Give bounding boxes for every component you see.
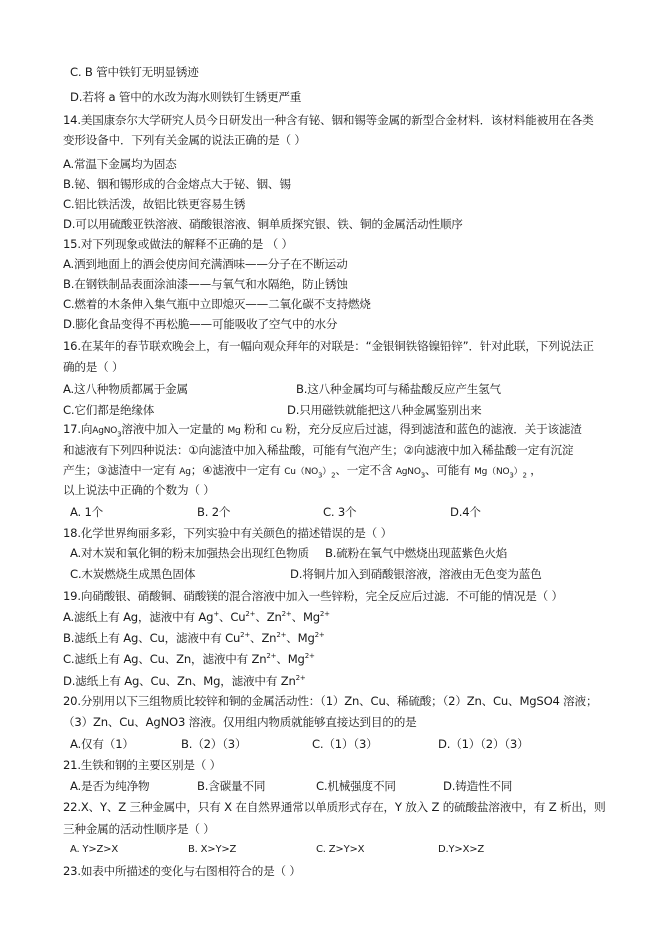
q17-stem-line1: 17.向AgNO3溶液中加入一定量的 Mg 粉和 Cu 粉，充分反应后过滤，得到… (63, 422, 582, 438)
q21-option-a: A.是否为纯净物 (70, 779, 149, 793)
q19-stem: 19.向硝酸银、硝酸铜、硝酸镁的混合溶液中加入一些锌粉，完全反应后过滤．不可能的… (63, 589, 563, 603)
q17-formula-agno3: AgNO (396, 467, 421, 477)
q17-option-c: C. 3个 (323, 505, 356, 519)
q15-option-a: A.洒到地面上的酒会使房间充满酒味——分子在不断运动 (63, 257, 347, 271)
q18-option-c: C.木炭燃烧生成黑色固体 (70, 567, 195, 581)
q14-option-b: B.铋、铟和锡形成的合金熔点大于铋、铟、锡 (63, 177, 291, 191)
ion: 、Mg (292, 610, 320, 624)
q19-option-c: C.滤纸上有 Ag、Cu、Zn，滤液中有 Zn2+、Mg2+ (63, 652, 315, 666)
q20-stem-line1: 20.分别用以下三组物质比较锌和铜的金属活动性：（1）Zn、Cu、稀硫酸；（2）… (63, 694, 597, 708)
q20-option-b: B.（2）（3） (181, 737, 246, 751)
q18-option-d: D.将铜片加入到硝酸银溶液，溶液由无色变为蓝色 (290, 567, 541, 581)
q18-stem: 18.化学世界绚丽多彩，下列实验中有关颜色的描述错误的是（ ） (63, 526, 392, 540)
q22-stem-line1: 22.X、Y、Z 三种金属中，只有 X 在自然界通常以单质形式存在，Y 放入 Z… (63, 800, 606, 814)
q14-option-d: D.可以用硫酸亚铁溶液、硝酸银溶液、铜单质探究银、铁、铜的金属活动性顺序 (63, 217, 463, 231)
q15-option-b: B.在钢铁制品表面涂油漆——与氧气和水隔绝，防止锈蚀 (63, 277, 348, 291)
superscript: 2+ (276, 631, 286, 639)
q19-option-b-text: B.滤纸上有 Ag、Cu，滤液中有 Cu (63, 631, 240, 645)
q16-option-b: B.这八种金属均可与稀盐酸反应产生氢气 (296, 382, 501, 396)
ion: 、Zn (250, 631, 276, 645)
q18-option-a: A.对木炭和氧化铜的粉末加强热会出现红色物质 (70, 546, 309, 560)
q17-text: 、可能有 (425, 463, 471, 477)
superscript: 2+ (240, 631, 250, 639)
q22-option-a: A. Y>Z>X (70, 843, 118, 857)
q17-text: 粉和 (244, 422, 267, 436)
q17-stem-line2: 和滤液有下列四种说法：①向滤渣中加入稀盐酸，可能有气泡产生；②向滤液中加入稀盐酸… (63, 443, 573, 457)
q17-formula-agno3: AgNO (92, 426, 117, 436)
q17-option-d: D.4个 (450, 505, 481, 519)
ion: 、Cu (219, 610, 245, 624)
q17-text: 粉，充分反应后过滤，得到滤渣和蓝色的滤液．关于该滤渣 (285, 422, 581, 436)
q19-option-a: A.滤纸上有 Ag，滤液中有 Ag+、Cu2+、Zn2+、Mg2+ (63, 610, 330, 624)
q19-option-d-text: D.滤纸上有 Ag、Cu、Zn、Mg，滤液中有 Zn (63, 674, 296, 688)
q15-stem: 15.对下列现象或做法的解释不正确的是 （ ） (63, 237, 293, 251)
q17-text: 溶液中加入一定量的 (121, 422, 224, 436)
superscript: 2+ (245, 610, 255, 618)
q15-option-c: C.燃着的木条伸入集气瓶中立即熄灭——二氧化碳不支持燃烧 (63, 297, 371, 311)
q17-text: ；④滤液中一定有 (191, 463, 281, 477)
q17-stem-line3: 产生；③滤渣中一定有 Ag；④滤液中一定有 Cu（NO3）2、一定不含 AgNO… (63, 463, 542, 479)
q17-formula-ag: Ag (179, 467, 190, 477)
q19-option-b: B.滤纸上有 Ag、Cu，滤液中有 Cu2+、Zn2+、Mg2+ (63, 631, 325, 645)
q21-option-c: C.机械强度不同 (316, 779, 396, 793)
q23-stem: 23.如表中所描述的变化与右图相符合的是（ ） (63, 864, 301, 878)
q19-option-a-text: A.滤纸上有 Ag，滤液中有 Ag (63, 610, 213, 624)
q16-stem-line2: 确的是（ ） (63, 360, 123, 374)
q21-option-b: B.含碳量不同 (197, 779, 265, 793)
q20-option-d: D.（1）（2）（3） (438, 737, 529, 751)
q16-option-d: D.只用磁铁就能把这八种金属鉴别出来 (287, 403, 482, 417)
q17-text: ） (322, 467, 331, 477)
q20-option-c: C.（1）（3） (312, 737, 378, 751)
q17-formula-cu: Cu (270, 426, 282, 436)
q22-option-b: B. X>Y>Z (188, 843, 236, 857)
q14-stem-line1: 14.美国康奈尔大学研究人员今日研发出一种含有铋、铟和锡等金属的新型合金材料．该… (63, 113, 594, 127)
ion: 、Zn (255, 610, 281, 624)
ion: 、Mg (276, 652, 304, 666)
q17-option-a: A. 1个 (70, 505, 103, 519)
superscript: 2+ (266, 652, 276, 660)
q17-text: 17.向 (63, 422, 92, 436)
q13-option-c: C. B 管中铁钉无明显锈迹 (70, 65, 199, 79)
q22-option-d: D.Y>X>Z (438, 843, 484, 857)
q14-stem-line2: 变形设备中．下列有关金属的说法正确的是（ ） (63, 133, 306, 147)
superscript: 2+ (296, 674, 306, 682)
q17-formula-cuno3: Cu（NO (284, 467, 318, 477)
q19-option-c-text: C.滤纸上有 Ag、Cu、Zn，滤液中有 Zn (63, 652, 266, 666)
q16-option-a: A.这八种物质都属于金属 (63, 382, 188, 396)
q16-stem-line1: 16.在某年的春节联欢晚会上，有一幅向观众拜年的对联是：“金银铜铁铬镍铅锌”．针… (63, 339, 594, 353)
q18-option-b: B.硫粉在氧气中燃烧出现蓝紫色火焰 (325, 546, 507, 560)
q13-option-d: D.若将 a 管中的水改为海水则铁钉生锈更严重 (70, 90, 301, 104)
q19-option-d: D.滤纸上有 Ag、Cu、Zn、Mg，滤液中有 Zn2+ (63, 674, 306, 688)
q17-option-b: B. 2个 (197, 505, 230, 519)
q17-formula-mgno3: Mg（NO (474, 467, 509, 477)
q17-text: 、一定不含 (335, 463, 392, 477)
q21-option-d: D.铸造性不同 (443, 779, 512, 793)
ion: 、Mg (286, 631, 314, 645)
superscript: 2+ (282, 610, 292, 618)
q17-text: ， (527, 463, 542, 477)
q16-option-c: C.它们都是绝缘体 (63, 403, 154, 417)
q22-option-c: C. Z>Y>X (316, 843, 364, 857)
q15-option-d: D.膨化食品变得不再松脆——可能吸收了空气中的水分 (63, 317, 337, 331)
q20-stem-line2: （3）Zn、Cu、AgNO3 溶液。仅用组内物质就能够直接达到目的的是 (63, 715, 417, 729)
q20-option-a: A.仅有（1） (70, 737, 134, 751)
q17-text: 产生；③滤渣中一定有 (63, 463, 176, 477)
q14-option-c: C.铝比铁活泼，故铝比铁更容易生锈 (63, 197, 245, 211)
q17-formula-mg: Mg (227, 426, 240, 436)
superscript: 2+ (320, 610, 330, 618)
superscript: 2+ (315, 631, 325, 639)
q22-stem-line2: 三种金属的活动性顺序是（ ） (63, 822, 215, 836)
q14-option-a: A.常温下金属均为固态 (63, 157, 177, 171)
q21-stem: 21.生铁和钢的主要区别是（ ） (63, 758, 221, 772)
q17-stem-line4: 以上说法中正确的个数为（ ） (63, 483, 215, 497)
superscript: 2+ (305, 652, 315, 660)
